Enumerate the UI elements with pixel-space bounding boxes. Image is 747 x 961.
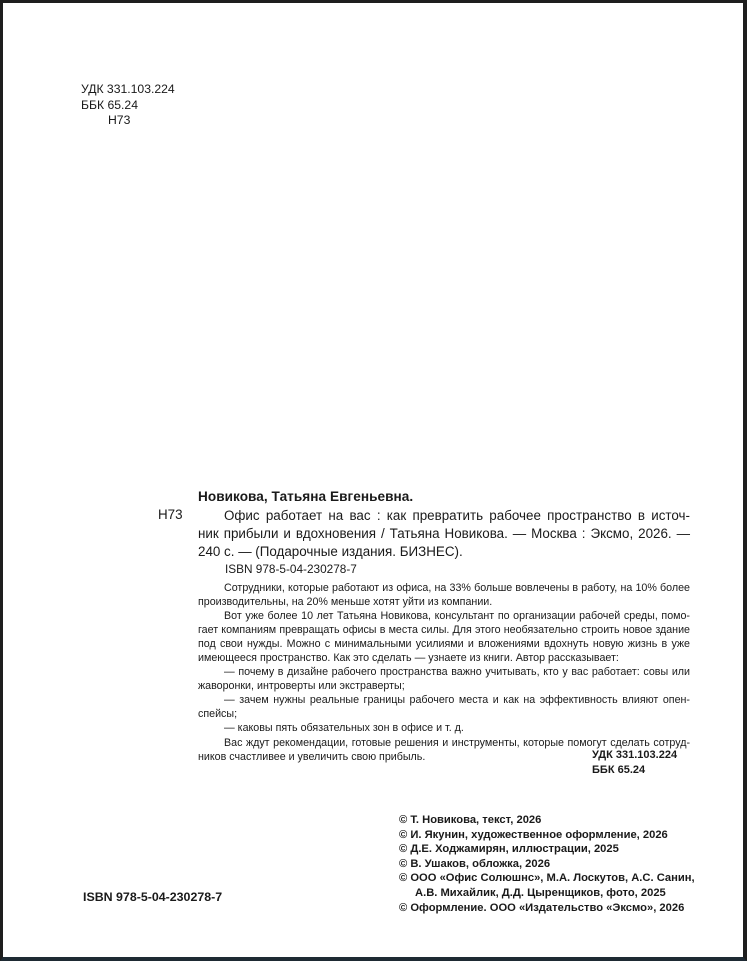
classification-codes-top: УДК 331.103.224 ББК 65.24 Н73 bbox=[81, 82, 175, 129]
annotation-line: жаворонки, интроверты или экстраверты; bbox=[198, 679, 690, 693]
catalog-author-sign: Н73 bbox=[158, 507, 183, 522]
annotation-line: под свои нужды. Можно с минимальными уси… bbox=[198, 637, 690, 651]
copyright-line: © И. Якунин, художественное оформление, … bbox=[399, 828, 695, 843]
classification-codes-bottom: УДК 331.103.224 ББК 65.24 bbox=[592, 748, 677, 777]
annotation-line: Вот уже более 10 лет Татьяна Новикова, к… bbox=[198, 609, 690, 623]
isbn-bottom: ISBN 978-5-04-230278-7 bbox=[83, 890, 222, 904]
udk-code: УДК 331.103.224 bbox=[81, 82, 175, 98]
author-sign: Н73 bbox=[81, 113, 175, 129]
copyright-line: © Т. Новикова, текст, 2026 bbox=[399, 813, 695, 828]
copyright-notices: © Т. Новикова, текст, 2026© И. Якунин, х… bbox=[399, 813, 695, 915]
catalog-entry-line: Офис работает на вас : как превратить ра… bbox=[198, 507, 690, 525]
udk-code: УДК 331.103.224 bbox=[592, 748, 677, 763]
bbk-code: ББК 65.24 bbox=[81, 98, 175, 114]
copyright-line: © Д.Е. Ходжамирян, иллюстрации, 2025 bbox=[399, 842, 695, 857]
copyright-line: © В. Ушаков, обложка, 2026 bbox=[399, 857, 695, 872]
catalog-isbn: ISBN 978-5-04-230278-7 bbox=[225, 562, 357, 576]
annotation-line: имеющееся пространство. Как это сделать … bbox=[198, 651, 690, 665]
annotation-line: — зачем нужны реальные границы рабочего … bbox=[198, 693, 690, 707]
book-imprint-page: УДК 331.103.224 ББК 65.24 Н73 Новикова, … bbox=[0, 0, 747, 961]
annotation-line: спейсы; bbox=[198, 707, 690, 721]
catalog-entry-description: Офис работает на вас : как превратить ра… bbox=[198, 507, 690, 561]
annotation-line: — почему в дизайне рабочего пространства… bbox=[198, 665, 690, 679]
annotation: Сотрудники, которые работают из офиса, н… bbox=[198, 581, 690, 764]
annotation-line: гает компаниям превращать офисы в места … bbox=[198, 623, 690, 637]
annotation-line: Сотрудники, которые работают из офиса, н… bbox=[198, 581, 690, 595]
catalog-entry-line: 240 с. — (Подарочные издания. БИЗНЕС). bbox=[198, 543, 690, 561]
copyright-line: А.В. Михайлик, Д.Д. Цыренщиков, фото, 20… bbox=[399, 886, 695, 901]
copyright-line: © Оформление. ООО «Издательство «Эксмо»,… bbox=[399, 901, 695, 916]
bbk-code: ББК 65.24 bbox=[592, 763, 677, 778]
catalog-entry-line: ник прибыли и вдохновения / Татьяна Нови… bbox=[198, 525, 690, 543]
copyright-line: © ООО «Офис Солюшнс», М.А. Лоскутов, А.С… bbox=[399, 871, 695, 886]
annotation-line: — каковы пять обязательных зон в офисе и… bbox=[198, 721, 690, 735]
catalog-author-heading: Новикова, Татьяна Евгеньевна. bbox=[198, 489, 413, 504]
annotation-line: производительны, на 20% меньше хотят уйт… bbox=[198, 595, 690, 609]
